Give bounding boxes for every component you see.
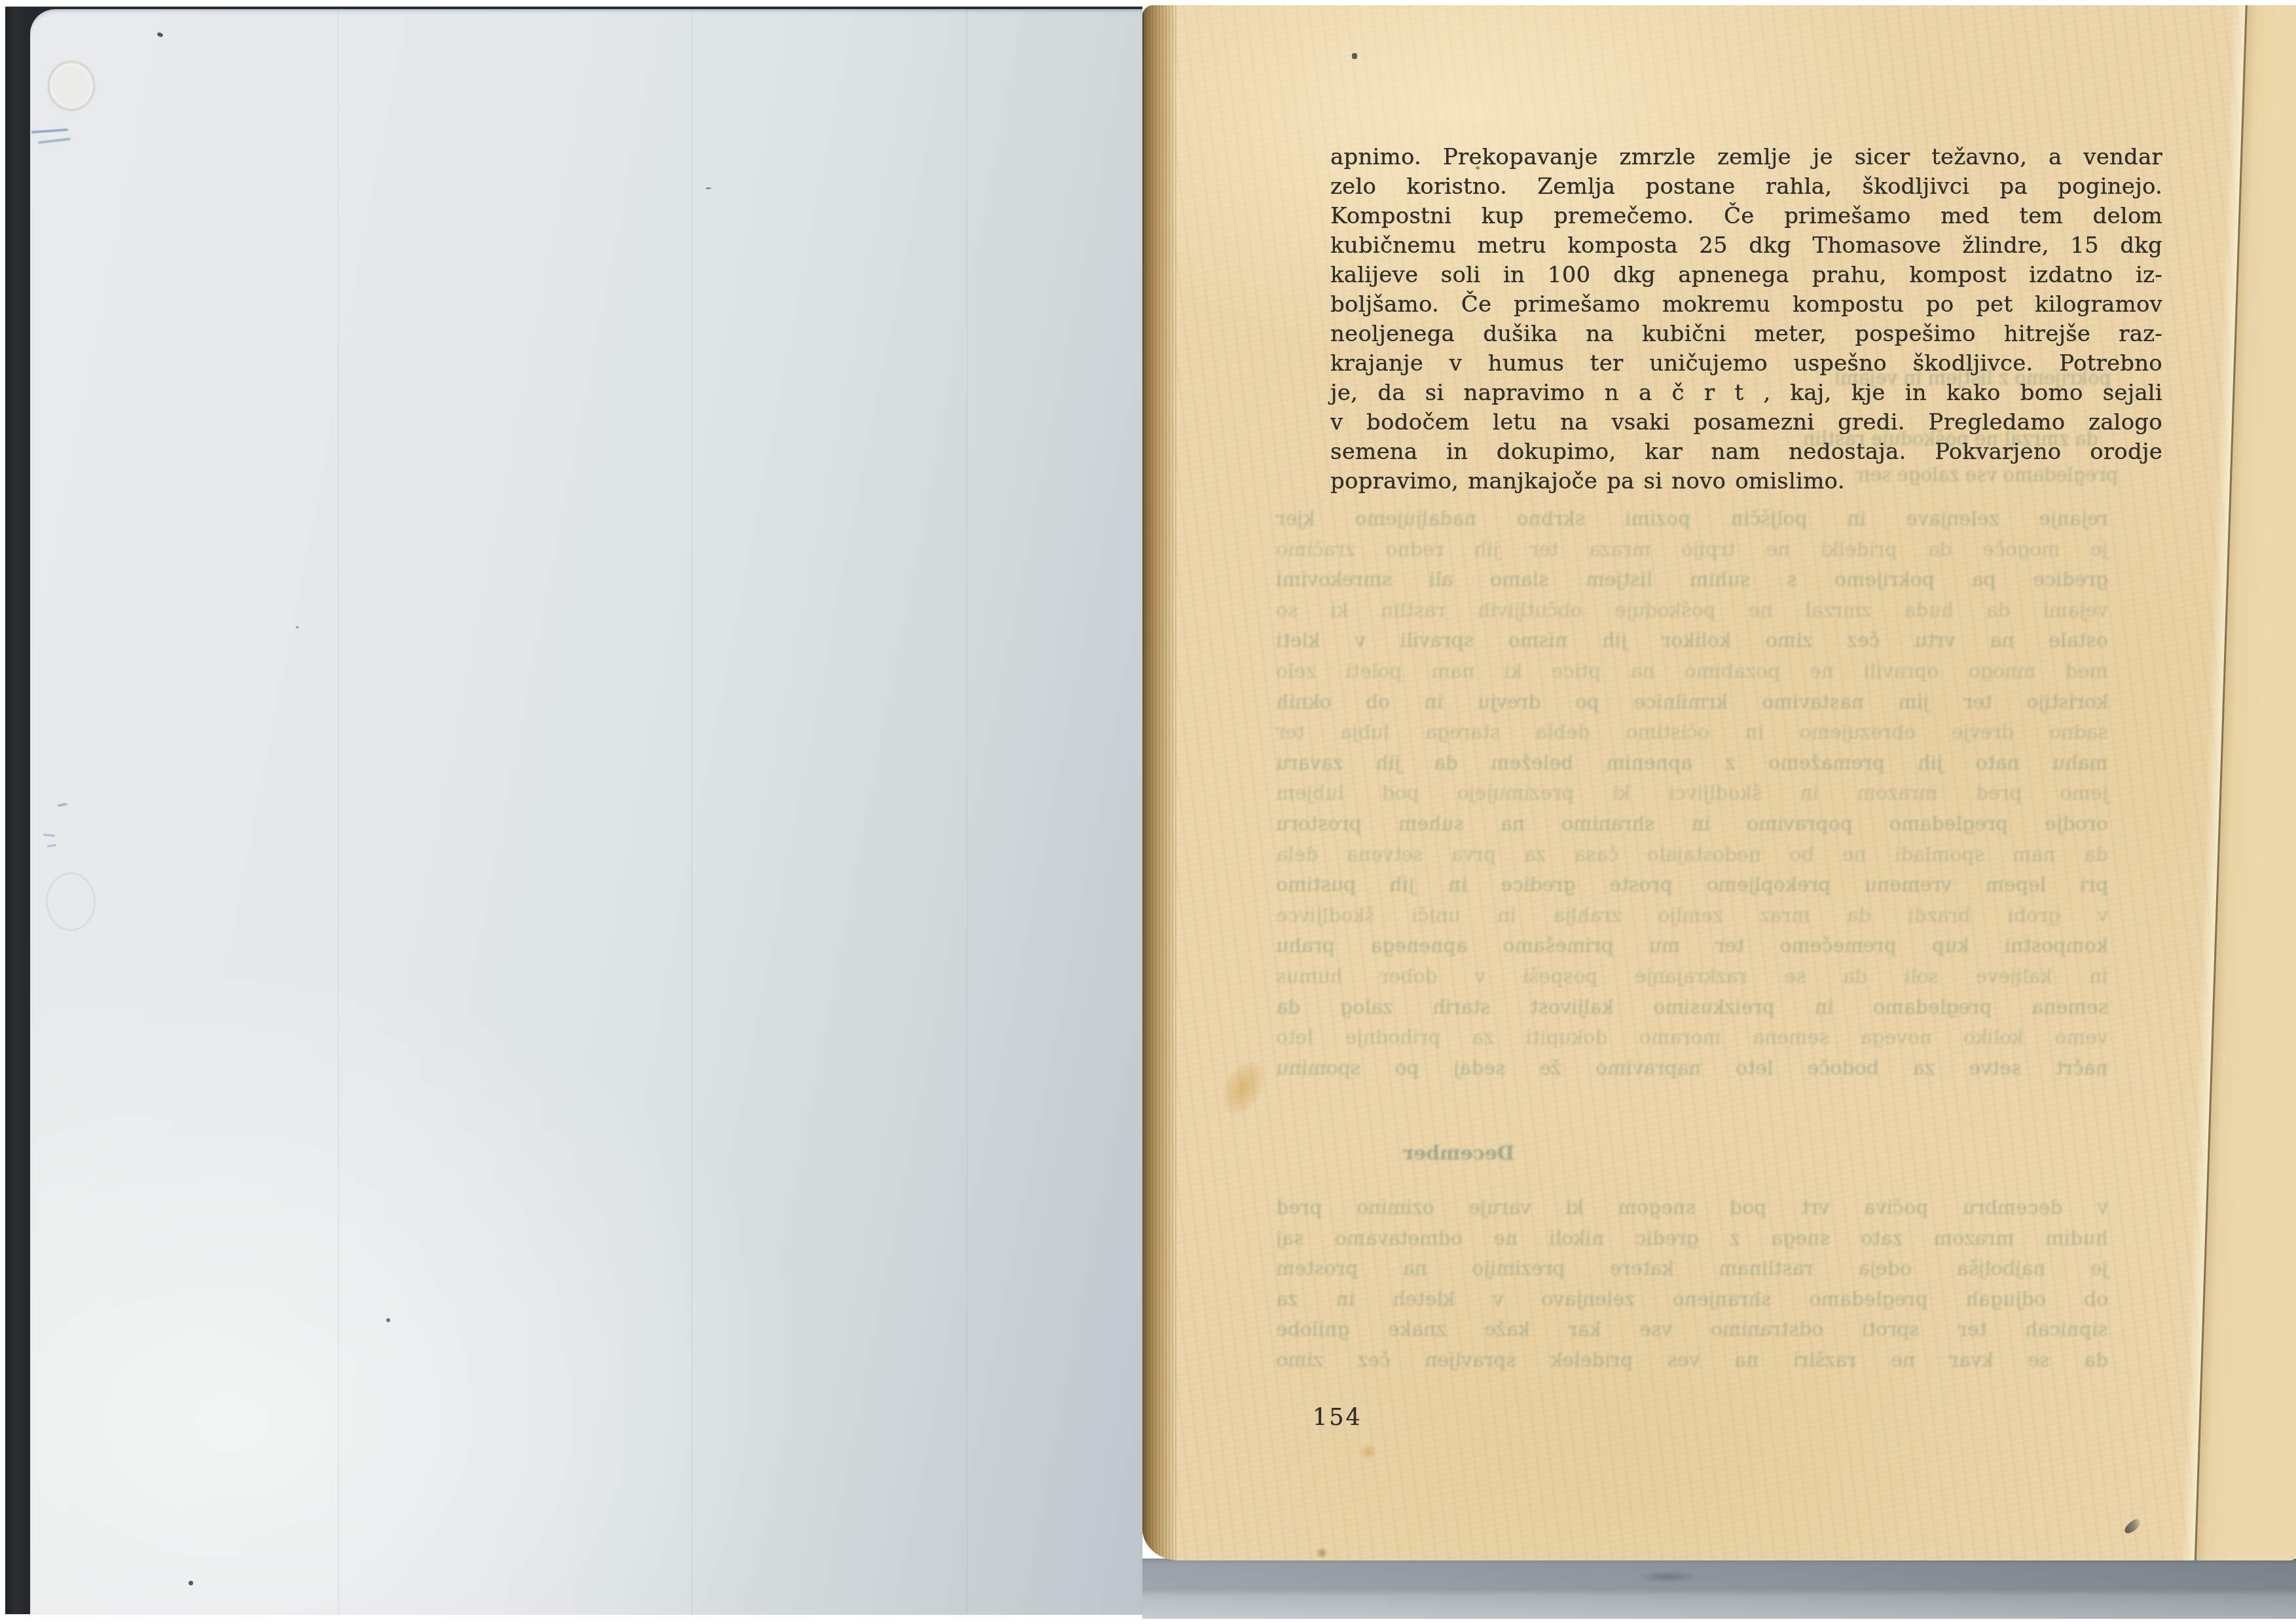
bleedthrough-line: in kalijeve soli da se razkrajanje pospe… [1276, 962, 2108, 993]
paragraph-line: neoljenega dušika na kubični meter, posp… [1330, 320, 2162, 349]
blue-pencil-mark [31, 128, 68, 134]
bleedthrough-block-a: rejanje zelenjave in poljščin pozimi skr… [1276, 504, 2108, 1084]
bleedthrough-line: jemo pred mrazom in škodljivci ki prezim… [1276, 779, 2108, 809]
speck [1476, 166, 1480, 170]
paragraph-line: krajanje v humus ter uničujemo uspešno š… [1330, 349, 2162, 378]
paragraph-line: je, da si napravimo n a č r t , kaj, kje… [1330, 378, 2162, 408]
bleedthrough-line: vejami da huda zmrzal ne poškoduje občut… [1276, 596, 2108, 627]
bleedthrough-line: med mnogo opravili ne pozabimo na ptice … [1276, 657, 2108, 688]
speck [189, 1581, 193, 1585]
blue-pencil-mark [58, 803, 67, 807]
bleedthrough-line: v grobi brazdi da mraz zemljo zrahlja in… [1276, 901, 2108, 932]
bleedthrough-line: hudim mrazom zato snega z gredic nikoli … [1276, 1224, 2108, 1255]
shadow-smudge [1637, 1570, 1699, 1583]
paragraph-line: apnimo. Prekopavanje zmrzle zemlje je si… [1330, 143, 2162, 172]
blue-pencil-mark [43, 834, 55, 837]
scan-band [338, 9, 339, 1615]
ring-stain [47, 60, 96, 111]
ring-stain [46, 872, 96, 931]
bleedthrough-line: sadno drevje obrezujemo in očistimo debl… [1276, 718, 2108, 748]
bleedthrough-line: ob odjugah pregledamo shranjeno zelenjav… [1276, 1285, 2108, 1316]
paragraph-line: semena in dokupimo, kar nam nedostaja. P… [1330, 437, 2162, 467]
bleedthrough-line: pri lepem vremenu prekopljemo proste gre… [1276, 870, 2108, 901]
paragraph-line: kubičnemu metru komposta 25 dkg Thomasov… [1330, 231, 2162, 261]
bleedthrough-line: v decembru počiva vrt pod snegom ki varu… [1276, 1193, 2108, 1224]
paragraph-line: popravimo, manjkajoče pa si novo omislim… [1330, 467, 2162, 496]
bleedthrough-line: mahu nato jih premažemo z apnenim beleže… [1276, 748, 2108, 779]
speck [706, 187, 711, 189]
bleedthrough-line: je mogoče da pridelki ne trpijo mraza te… [1276, 535, 2108, 566]
debris-speck [2123, 1517, 2143, 1536]
paper-stain [1213, 1053, 1273, 1122]
bleedthrough-line: rejanje zelenjave in poljščin pozimi skr… [1276, 504, 2108, 535]
scan-band [966, 9, 968, 1615]
bleedthrough-line: je najboljša odeja rastlinam katere prez… [1276, 1254, 2108, 1285]
paragraph-line: boljšamo. Če primešamo mokremu kompostu … [1330, 290, 2162, 320]
speck [1352, 53, 1357, 59]
paper-stain [1315, 1548, 1329, 1558]
paragraph-line: zelo koristno. Zemlja postane rahla, ško… [1330, 172, 2162, 202]
bleedthrough-line: koristijo ter jim nastavimo krmilnice po… [1276, 688, 2108, 718]
scanned-book-spread: rejanje zelenjave in poljščin pozimi skr… [0, 0, 2296, 1624]
book-bottom-shadow [1142, 1559, 2296, 1619]
paragraph: apnimo. Prekopavanje zmrzle zemlje je si… [1330, 143, 2162, 496]
bleedthrough-line: načrt setve za bodoče leto napravimo že … [1276, 1054, 2108, 1084]
book-binding-strip [5, 8, 30, 1614]
speck [386, 1318, 390, 1322]
speck [156, 32, 164, 38]
blank-left-page [30, 9, 1142, 1615]
bleedthrough-line: vemo koliko novega semena moramo dokupit… [1276, 1023, 2108, 1054]
blue-pencil-mark [47, 844, 56, 847]
paper-stain [1360, 1443, 1377, 1460]
bleedthrough-line: semena pregledamo in preizkusimo kaljivo… [1276, 993, 2108, 1024]
bleedthrough-block-b: v decembru počiva vrt pod snegom ki varu… [1276, 1193, 2108, 1376]
blue-pencil-mark [38, 138, 71, 144]
bleedthrough-line: orodje pregledamo popravimo in shranimo … [1276, 809, 2108, 840]
speck [296, 626, 299, 629]
bleedthrough-line: da nam spomladi ne bo nedostajalo časa z… [1276, 840, 2108, 871]
scan-band [691, 9, 693, 1615]
bleedthrough-heading: December [1403, 1142, 1514, 1165]
page-number: 154 [1313, 1405, 1362, 1431]
paragraph-line: v bodočem letu na vsaki posamezni gredi.… [1330, 408, 2162, 437]
bleedthrough-line: sipnicah ter sproti odstranimo vse kar k… [1276, 1315, 2108, 1346]
bleedthrough-line: ostale na vrtu čez zimo kolikor jih nism… [1276, 626, 2108, 657]
book-page: rejanje zelenjave in poljščin pozimi skr… [1142, 5, 2296, 1560]
page-edge-stack [1142, 5, 1176, 1560]
bleedthrough-line: gredice pa pokrijemo s suhim listjem sla… [1276, 565, 2108, 596]
page-edge-separator [1142, 5, 1144, 908]
bleedthrough-line: kompostni kup premečemo ter mu primešamo… [1276, 931, 2108, 962]
paragraph-line: Kompostni kup premečemo. Če primešamo me… [1330, 202, 2162, 231]
bleedthrough-line: da se kvar ne razširi na ves pridelek sp… [1276, 1346, 2108, 1376]
paragraph-line: kalijeve soli in 100 dkg apnenega prahu,… [1330, 261, 2162, 290]
